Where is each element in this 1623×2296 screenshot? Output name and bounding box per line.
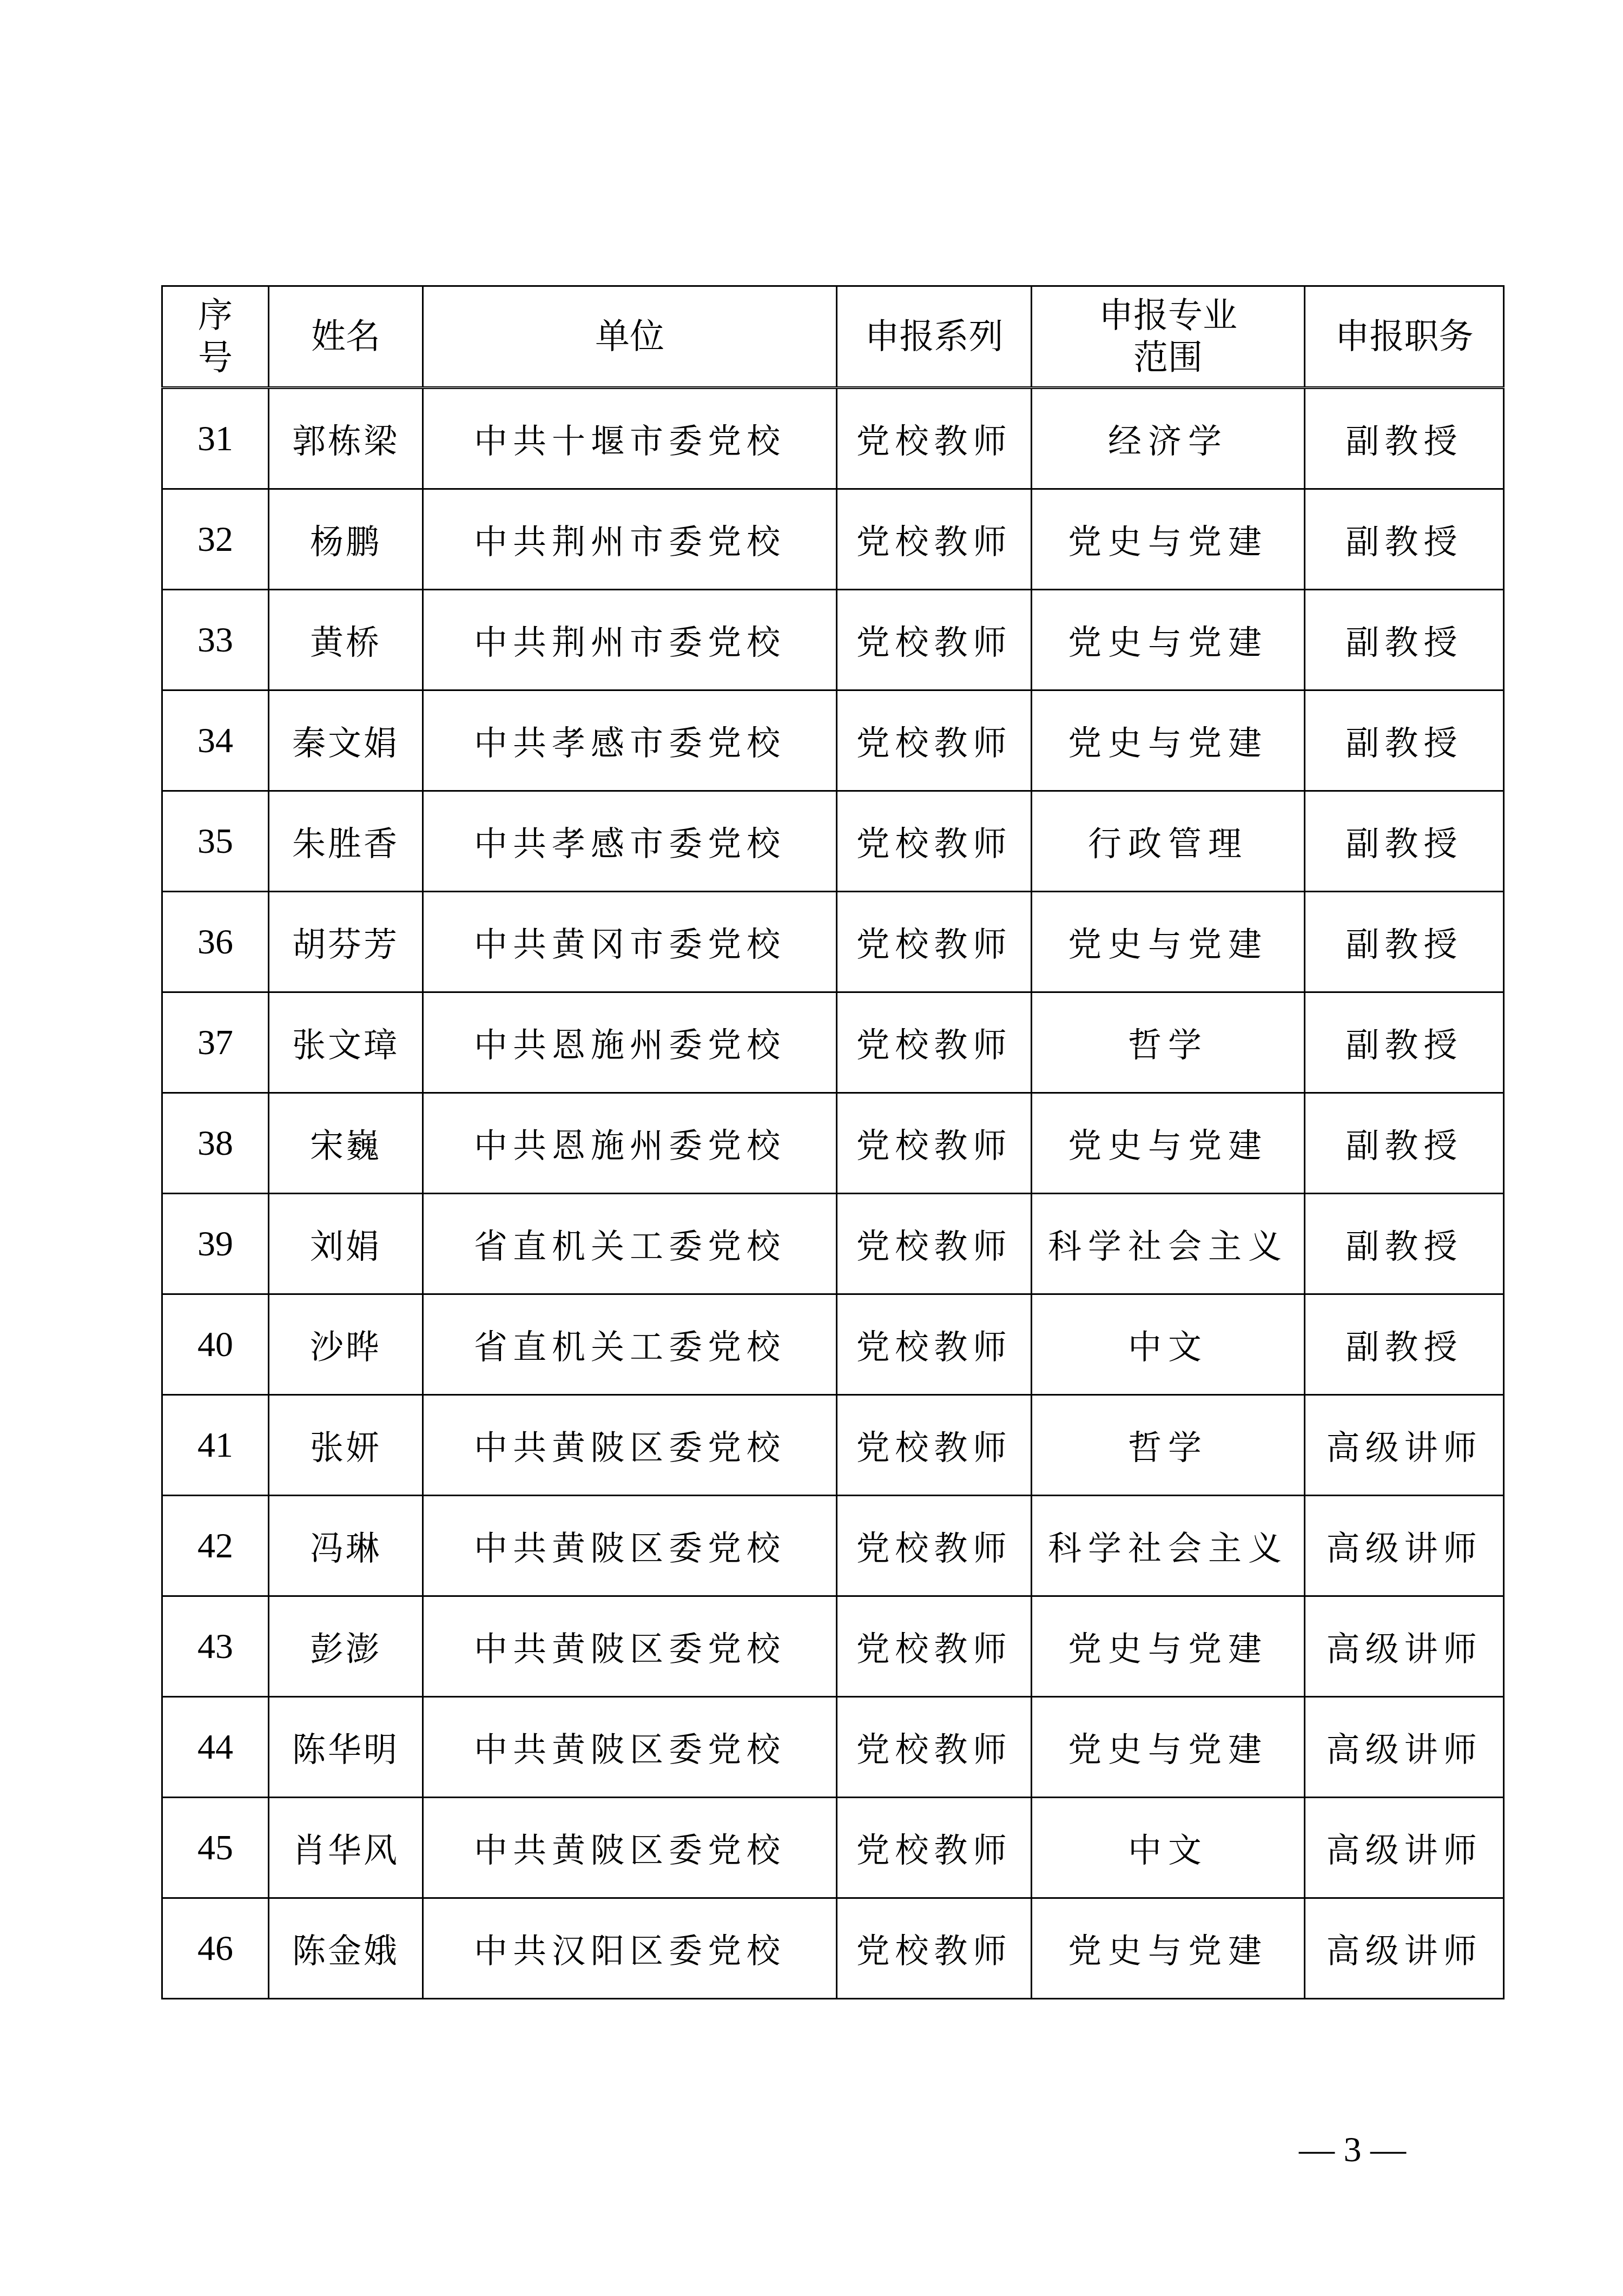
cell-series: 党校教师 (837, 1294, 1032, 1395)
cell-unit: 中共黄陂区委党校 (423, 1798, 837, 1898)
cell-position: 副教授 (1305, 1093, 1504, 1194)
table-row: 40沙晔省直机关工委党校党校教师中文副教授 (162, 1294, 1504, 1395)
cell-position: 高级讲师 (1305, 1395, 1504, 1496)
cell-major-scope: 行政管理 (1032, 791, 1305, 892)
header-serial-number: 序号 (162, 286, 269, 388)
cell-series: 党校教师 (837, 892, 1032, 992)
cell-major-scope: 中文 (1032, 1294, 1305, 1395)
cell-position: 副教授 (1305, 590, 1504, 690)
cell-major-scope: 党史与党建 (1032, 892, 1305, 992)
cell-major-scope: 党史与党建 (1032, 1898, 1305, 1999)
header-series: 申报系列 (837, 286, 1032, 388)
cell-serial-number: 37 (162, 992, 269, 1093)
cell-position: 高级讲师 (1305, 1496, 1504, 1596)
table-row: 44陈华明中共黄陂区委党校党校教师党史与党建高级讲师 (162, 1697, 1504, 1798)
cell-series: 党校教师 (837, 1898, 1032, 1999)
applicant-table: 序号 姓名 单位 申报系列 申报专业范围 申报职务 31郭栋梁中共十堰市委党校党… (161, 285, 1505, 1999)
cell-series: 党校教师 (837, 1395, 1032, 1496)
table-row: 39刘娟省直机关工委党校党校教师科学社会主义副教授 (162, 1194, 1504, 1294)
table-row: 46陈金娥中共汉阳区委党校党校教师党史与党建高级讲师 (162, 1898, 1504, 1999)
cell-name: 彭澎 (269, 1596, 423, 1697)
cell-major-scope: 哲学 (1032, 1395, 1305, 1496)
cell-serial-number: 33 (162, 590, 269, 690)
table-row: 33黄桥中共荆州市委党校党校教师党史与党建副教授 (162, 590, 1504, 690)
cell-unit: 中共黄陂区委党校 (423, 1596, 837, 1697)
cell-major-scope: 党史与党建 (1032, 489, 1305, 590)
document-page: 序号 姓名 单位 申报系列 申报专业范围 申报职务 31郭栋梁中共十堰市委党校党… (0, 0, 1623, 2296)
table-row: 41张妍中共黄陂区委党校党校教师哲学高级讲师 (162, 1395, 1504, 1496)
cell-major-scope: 党史与党建 (1032, 590, 1305, 690)
table-body: 31郭栋梁中共十堰市委党校党校教师经济学副教授32杨鹏中共荆州市委党校党校教师党… (162, 388, 1504, 1999)
cell-serial-number: 42 (162, 1496, 269, 1596)
cell-name: 胡芬芳 (269, 892, 423, 992)
cell-position: 副教授 (1305, 992, 1504, 1093)
cell-name: 朱胜香 (269, 791, 423, 892)
cell-series: 党校教师 (837, 1798, 1032, 1898)
header-name: 姓名 (269, 286, 423, 388)
cell-series: 党校教师 (837, 1596, 1032, 1697)
cell-name: 刘娟 (269, 1194, 423, 1294)
cell-series: 党校教师 (837, 1697, 1032, 1798)
page-number: — 3 — (1282, 2129, 1423, 2170)
cell-name: 陈金娥 (269, 1898, 423, 1999)
cell-name: 黄桥 (269, 590, 423, 690)
cell-unit: 中共荆州市委党校 (423, 590, 837, 690)
table-row: 31郭栋梁中共十堰市委党校党校教师经济学副教授 (162, 388, 1504, 489)
cell-name: 肖华风 (269, 1798, 423, 1898)
cell-major-scope: 党史与党建 (1032, 690, 1305, 791)
cell-major-scope: 中文 (1032, 1798, 1305, 1898)
cell-unit: 中共恩施州委党校 (423, 992, 837, 1093)
cell-series: 党校教师 (837, 590, 1032, 690)
cell-serial-number: 45 (162, 1798, 269, 1898)
cell-name: 陈华明 (269, 1697, 423, 1798)
cell-position: 副教授 (1305, 892, 1504, 992)
cell-series: 党校教师 (837, 690, 1032, 791)
cell-major-scope: 经济学 (1032, 388, 1305, 489)
cell-series: 党校教师 (837, 992, 1032, 1093)
cell-name: 郭栋梁 (269, 388, 423, 489)
cell-unit: 中共黄陂区委党校 (423, 1697, 837, 1798)
cell-serial-number: 34 (162, 690, 269, 791)
cell-position: 副教授 (1305, 1294, 1504, 1395)
cell-serial-number: 46 (162, 1898, 269, 1999)
cell-unit: 中共十堰市委党校 (423, 388, 837, 489)
header-position: 申报职务 (1305, 286, 1504, 388)
cell-unit: 中共汉阳区委党校 (423, 1898, 837, 1999)
cell-major-scope: 党史与党建 (1032, 1697, 1305, 1798)
cell-major-scope: 科学社会主义 (1032, 1194, 1305, 1294)
cell-major-scope: 哲学 (1032, 992, 1305, 1093)
cell-name: 秦文娟 (269, 690, 423, 791)
table-row: 35朱胜香中共孝感市委党校党校教师行政管理副教授 (162, 791, 1504, 892)
cell-major-scope: 党史与党建 (1032, 1093, 1305, 1194)
cell-serial-number: 41 (162, 1395, 269, 1496)
cell-position: 高级讲师 (1305, 1596, 1504, 1697)
cell-unit: 中共荆州市委党校 (423, 489, 837, 590)
cell-name: 张妍 (269, 1395, 423, 1496)
table-header-row: 序号 姓名 单位 申报系列 申报专业范围 申报职务 (162, 286, 1504, 388)
cell-serial-number: 36 (162, 892, 269, 992)
cell-position: 副教授 (1305, 791, 1504, 892)
cell-name: 张文璋 (269, 992, 423, 1093)
table-row: 36胡芬芳中共黄冈市委党校党校教师党史与党建副教授 (162, 892, 1504, 992)
cell-name: 杨鹏 (269, 489, 423, 590)
cell-unit: 省直机关工委党校 (423, 1194, 837, 1294)
cell-unit: 中共黄陂区委党校 (423, 1496, 837, 1596)
header-major-scope: 申报专业范围 (1032, 286, 1305, 388)
cell-major-scope: 党史与党建 (1032, 1596, 1305, 1697)
cell-position: 副教授 (1305, 388, 1504, 489)
cell-unit: 省直机关工委党校 (423, 1294, 837, 1395)
table-row: 37张文璋中共恩施州委党校党校教师哲学副教授 (162, 992, 1504, 1093)
table-row: 32杨鹏中共荆州市委党校党校教师党史与党建副教授 (162, 489, 1504, 590)
cell-serial-number: 39 (162, 1194, 269, 1294)
cell-position: 副教授 (1305, 489, 1504, 590)
cell-name: 宋巍 (269, 1093, 423, 1194)
cell-position: 副教授 (1305, 1194, 1504, 1294)
table-row: 42冯琳中共黄陂区委党校党校教师科学社会主义高级讲师 (162, 1496, 1504, 1596)
table-row: 45肖华风中共黄陂区委党校党校教师中文高级讲师 (162, 1798, 1504, 1898)
cell-serial-number: 35 (162, 791, 269, 892)
table-row: 43彭澎中共黄陂区委党校党校教师党史与党建高级讲师 (162, 1596, 1504, 1697)
table-row: 38宋巍中共恩施州委党校党校教师党史与党建副教授 (162, 1093, 1504, 1194)
cell-serial-number: 40 (162, 1294, 269, 1395)
cell-unit: 中共恩施州委党校 (423, 1093, 837, 1194)
cell-series: 党校教师 (837, 388, 1032, 489)
cell-serial-number: 31 (162, 388, 269, 489)
cell-unit: 中共黄冈市委党校 (423, 892, 837, 992)
cell-series: 党校教师 (837, 1093, 1032, 1194)
cell-serial-number: 44 (162, 1697, 269, 1798)
cell-serial-number: 43 (162, 1596, 269, 1697)
cell-major-scope: 科学社会主义 (1032, 1496, 1305, 1596)
cell-series: 党校教师 (837, 489, 1032, 590)
cell-position: 高级讲师 (1305, 1898, 1504, 1999)
cell-series: 党校教师 (837, 1194, 1032, 1294)
cell-series: 党校教师 (837, 791, 1032, 892)
cell-unit: 中共孝感市委党校 (423, 791, 837, 892)
header-unit: 单位 (423, 286, 837, 388)
cell-serial-number: 32 (162, 489, 269, 590)
cell-name: 冯琳 (269, 1496, 423, 1596)
cell-unit: 中共黄陂区委党校 (423, 1395, 837, 1496)
cell-position: 高级讲师 (1305, 1697, 1504, 1798)
cell-series: 党校教师 (837, 1496, 1032, 1596)
cell-serial-number: 38 (162, 1093, 269, 1194)
cell-name: 沙晔 (269, 1294, 423, 1395)
cell-position: 高级讲师 (1305, 1798, 1504, 1898)
table-row: 34秦文娟中共孝感市委党校党校教师党史与党建副教授 (162, 690, 1504, 791)
cell-unit: 中共孝感市委党校 (423, 690, 837, 791)
cell-position: 副教授 (1305, 690, 1504, 791)
